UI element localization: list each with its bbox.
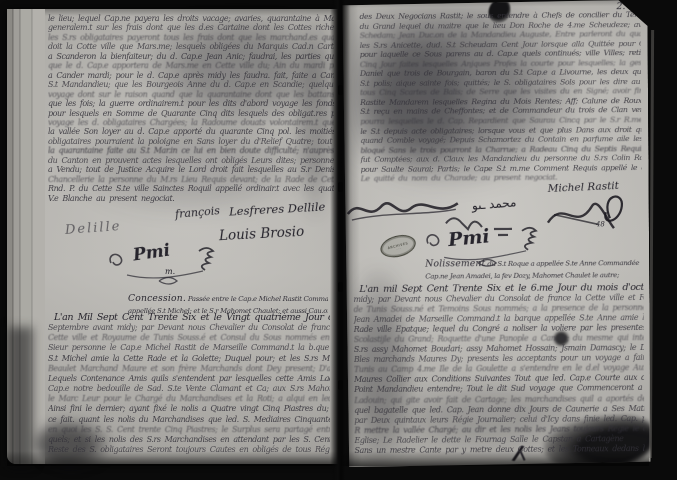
handwritten-line: generalem.t sur les frais dont que les d…: [48, 23, 334, 32]
handwritten-line: a Cander mardi; pour le d. Cap.e après m…: [48, 71, 334, 80]
handwritten-line: que les fois; la guerre ordinairem.t pou…: [48, 99, 334, 108]
handwritten-line: Ainsi fini le dernier; ayant fixé le nol…: [48, 404, 330, 414]
bottom-page-shadow: [7, 451, 649, 466]
handwritten-paragraph: des Deux Negocians Rastit; le sous enten…: [359, 10, 641, 185]
handwritten-line: la quarantaine faite au S.t Mar.in ce lu…: [48, 146, 334, 155]
handwritten-line: pour lesquels en Somme de Quarante Cinq …: [48, 109, 334, 118]
handwritten-line: en quoi les S. S. Cent trente Cinq Piast…: [48, 425, 330, 435]
handwritten-paragraph: le lieu; lequel Cap.ne payera les droits…: [48, 14, 334, 204]
left-page: le lieu; lequel Cap.ne payera les droits…: [7, 9, 338, 464]
entry-heading-line: Concession. Passée entre le Cap.e Michel…: [128, 286, 328, 305]
handwritten-line: voyage dont sur le raison quand que la q…: [48, 90, 334, 99]
entry-heading-line: Nolissement du S.t Roque a appellée S.te…: [425, 250, 640, 271]
handwritten-line: Cette ville et Royaume de Tunis Souss.é …: [48, 333, 330, 343]
handwritten-line: doit la Cotte ville que Mars.me; lesquel…: [48, 42, 334, 51]
handwritten-line: Beaulet Marchand Maure et son frère Marc…: [48, 364, 330, 374]
handwritten-line: Septembre avant midy; par Devant nous Ch…: [48, 323, 330, 333]
page-edge-sliver: [649, 30, 654, 458]
handwritten-line: a Scanderon la bienfaiteur; du d. Cap.e …: [48, 52, 334, 61]
handwritten-line: Lequels Contenance Amis quils s'entenden…: [48, 374, 330, 384]
binding-stitch: [338, 380, 343, 390]
handwritten-line: voyage les d. obligataires Chargées; la …: [48, 118, 334, 127]
entry-heading-word: Nolissement: [425, 258, 485, 269]
signature-louis-brosio: Louis Brosio: [219, 224, 305, 244]
page-stack-edges: [7, 9, 45, 464]
signature-delille: Delille: [65, 219, 122, 238]
handwritten-line: le Marc Leur pour le Chargé du Marchandi…: [48, 394, 330, 404]
paraph-sub-mark: m.: [165, 267, 175, 276]
entry-heading-line: Cap.ne Jean Amadei, la fev Dozy, Mahomet…: [425, 270, 640, 280]
handwritten-line: Chancellerie la personne du M.rs Lieu Re…: [48, 175, 334, 184]
signature-francois: françois: [175, 204, 221, 221]
marginal-mark: 48: [596, 220, 605, 228]
entry-heading-word: Concession.: [128, 293, 186, 304]
handwritten-line: a Vendu; tout de Justice Acquire le Lord…: [48, 165, 334, 174]
handwritten-line: Sieur personne le Cap.e Michel Rastit de…: [48, 343, 330, 353]
handwritten-line: que le d. Cap.e apportera de Mars.me en …: [48, 61, 334, 70]
entry-heading-rest: Passée entre le Cap.e Michel Rastit Comm…: [186, 295, 328, 303]
handwritten-line: L'an Mil Sept Cent Trente Six et le Ving…: [48, 313, 330, 323]
handwritten-line: Cap.e notre bedouille de Sad. S.te Vente…: [48, 384, 330, 394]
handwritten-line: du Canton en prouvent actes lesquelles o…: [48, 156, 334, 165]
book-binding-seam: [330, 0, 350, 480]
handwritten-line: la vallée Son loyer au d. Cap.e apporté …: [48, 127, 334, 136]
manuscript-scan: le lieu; lequel Cap.ne payera les droits…: [0, 0, 677, 480]
handwritten-line: quels; et si les nolis des S.rs Marchand…: [48, 435, 330, 445]
handwritten-line: les S.rs obligataires payeront tous les …: [48, 33, 334, 42]
entry-heading-concession: Concession. Passée entre le Cap.e Michel…: [128, 286, 328, 315]
handwritten-line: S.t Michel amie la Cette Rade et la Gole…: [48, 354, 330, 364]
handwritten-line: Rnd. P. du Cette S.te ville Sainctes Roq…: [48, 184, 334, 193]
right-page: 2. des Deux Negocians Rastit; le sous en…: [342, 0, 650, 467]
archive-stamp: ARCHIVES · · ·: [378, 232, 418, 261]
handwritten-line: S.t Mandandieu; que les Bourgeois Anne d…: [48, 80, 334, 89]
archive-stamp-dots: · · ·: [396, 247, 401, 250]
binding-stitch: [338, 282, 343, 292]
handwritten-paragraph: L'an mil Sept Cent Trente Six et le 6.me…: [353, 283, 644, 457]
binding-stitch: [338, 85, 343, 95]
handwritten-paragraph: L'an Mil Sept Cent Trente Six et le Ving…: [48, 313, 330, 459]
entry-heading-nolissement: Nolissement du S.t Roque a appellée S.te…: [425, 250, 640, 280]
handwritten-line: obligataires pourraient la poloigne en S…: [48, 137, 334, 146]
handwritten-line: le lieu; lequel Cap.ne payera les droits…: [48, 14, 334, 23]
binding-stitch: [338, 182, 343, 192]
handwritten-line: ce fait. quant les nolis du Marchandises…: [48, 415, 330, 425]
entry-heading-rest: du S.t Roque a appellée S.te Anne Comman…: [485, 259, 640, 268]
paraph-pmi-right: Pmi: [447, 225, 490, 251]
